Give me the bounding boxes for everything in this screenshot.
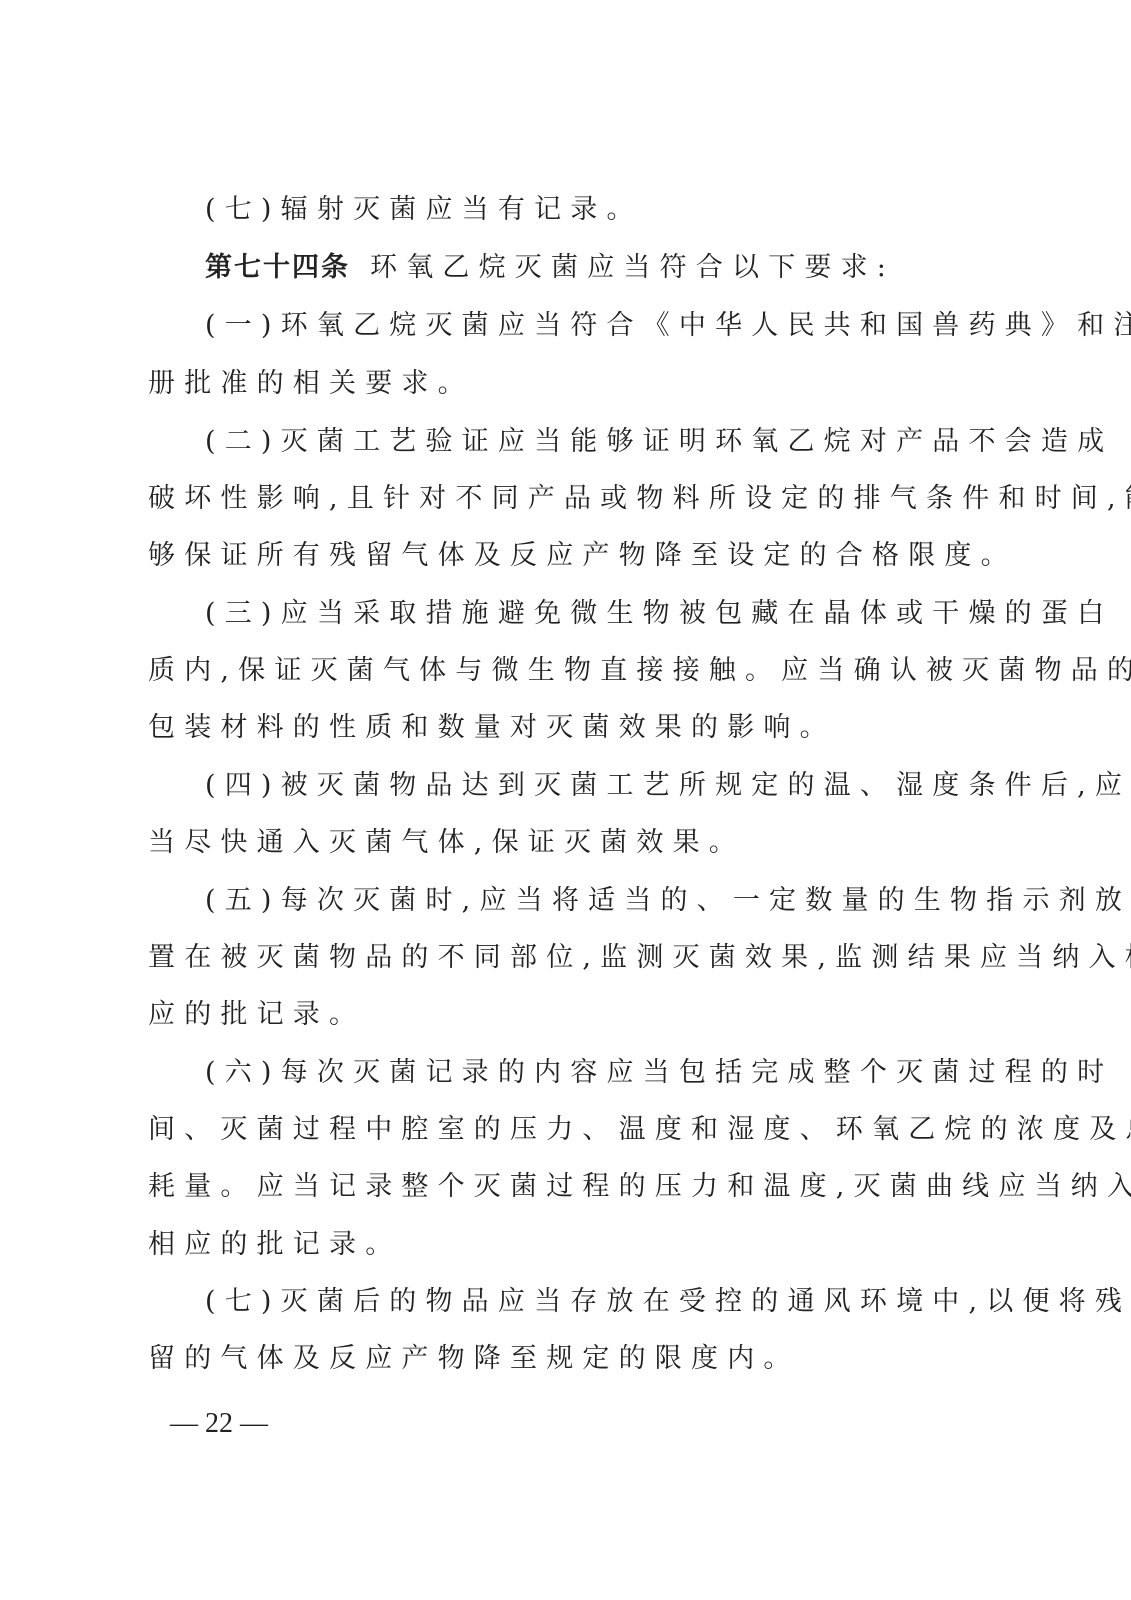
paragraph-line: 相应的批记录。 bbox=[148, 1228, 968, 1262]
paragraph-line: 留的气体及反应产物降至规定的限度内。 bbox=[148, 1342, 968, 1376]
paragraph-line: 够保证所有残留气体及反应产物降至设定的合格限度。 bbox=[148, 539, 968, 573]
document-page: (七)辐射灭菌应当有记录。 第七十四条环氧乙烷灭菌应当符合以下要求: (一)环氧… bbox=[0, 0, 1131, 1600]
paragraph-line: 置在被灭菌物品的不同部位,监测灭菌效果,监测结果应当纳入相 bbox=[148, 941, 968, 975]
paragraph-line: 破坏性影响,且针对不同产品或物料所设定的排气条件和时间,能 bbox=[148, 482, 968, 516]
paragraph-line: 应的批记录。 bbox=[148, 998, 968, 1032]
paragraph-line: (六)每次灭菌记录的内容应当包括完成整个灭菌过程的时 bbox=[205, 1056, 1025, 1090]
paragraph-line: (四)被灭菌物品达到灭菌工艺所规定的温、湿度条件后,应 bbox=[205, 769, 1025, 803]
paragraph-line: (七)灭菌后的物品应当存放在受控的通风环境中,以便将残 bbox=[205, 1285, 1025, 1319]
paragraph-line: (三)应当采取措施避免微生物被包藏在晶体或干燥的蛋白 bbox=[205, 597, 1025, 631]
paragraph-line: (一)环氧乙烷灭菌应当符合《中华人民共和国兽药典》和注 bbox=[205, 309, 1025, 343]
paragraph-line: (二)灭菌工艺验证应当能够证明环氧乙烷对产品不会造成 bbox=[205, 425, 1025, 459]
paragraph-line: 间、灭菌过程中腔室的压力、温度和湿度、环氧乙烷的浓度及总消 bbox=[148, 1113, 968, 1147]
article-heading: 第七十四条环氧乙烷灭菌应当符合以下要求: bbox=[205, 251, 1025, 285]
paragraph-line: 当尽快通入灭菌气体,保证灭菌效果。 bbox=[148, 826, 968, 860]
paragraph-line: 质内,保证灭菌气体与微生物直接接触。应当确认被灭菌物品的 bbox=[148, 654, 968, 688]
article-text: 环氧乙烷灭菌应当符合以下要求: bbox=[370, 252, 895, 283]
article-label: 第七十四条 bbox=[205, 252, 350, 283]
page-number: — 22 — bbox=[170, 1408, 268, 1440]
paragraph-line: 册批准的相关要求。 bbox=[148, 367, 968, 401]
paragraph-line: 包装材料的性质和数量对灭菌效果的影响。 bbox=[148, 711, 968, 745]
paragraph-line: 耗量。应当记录整个灭菌过程的压力和温度,灭菌曲线应当纳入 bbox=[148, 1170, 968, 1204]
paragraph-line: (五)每次灭菌时,应当将适当的、一定数量的生物指示剂放 bbox=[205, 884, 1025, 918]
paragraph-line: (七)辐射灭菌应当有记录。 bbox=[205, 193, 1025, 227]
